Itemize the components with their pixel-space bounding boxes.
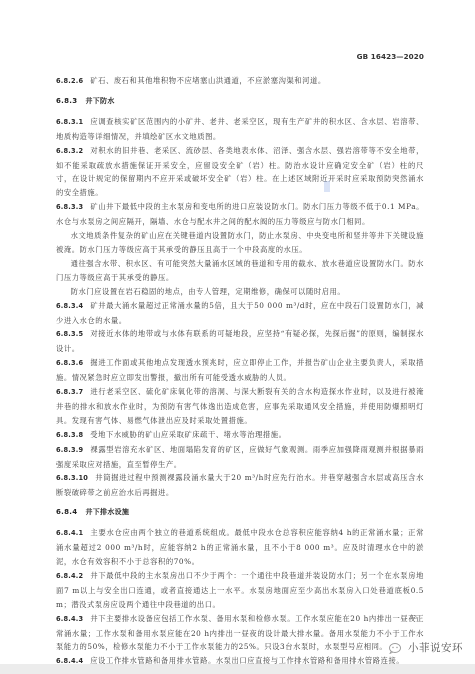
clause-6-8-3-4: 6.8.3.4矿井最大涌水量超过正常涌水量的5倍，且大于50 000 m³/d时… [56, 299, 424, 328]
clause-6-8-3-9: 6.8.3.9裸露型岩溶充水矿区、地面塌陷发育的矿区，应做好气象观测。雨季应加强… [56, 443, 424, 472]
standard-code-header: GB 16423—2020 [357, 52, 424, 61]
clause-6-8-3-6: 6.8.3.6掘进工作面或其他地点发现透水预兆时，应立即停止工作，并报告矿山企业… [56, 356, 424, 385]
clause-6-8-3-1: 6.8.3.1应调查核实矿区范围内的小矿井、老井、老采空区，现有生产矿井的积水区… [56, 115, 424, 144]
clause-6-8-3-5: 6.8.3.5对接近水体的地带或与水体有联系的可疑地段，应坚持“有疑必探，先探后… [56, 327, 424, 356]
clause-6-8-3-8: 6.8.3.8受地下水威胁的矿山应采取矿床疏干、堵水等治理措施。 [56, 428, 424, 443]
text-cursor-highlight [324, 181, 330, 192]
clause-6-8-3-2: 6.8.3.2对积水的旧井巷、老采区、流砂层、各类地表水体、沼泽、强含水层、强岩… [56, 144, 424, 201]
document-page: GB 16423—2020 6.8.2.6矿石、废石和其他堆积物不应堵塞山洪通道… [0, 0, 475, 664]
clause-6-8-3-10: 6.8.3.10井筒掘进过程中预测裸露段涌水量大于20 m³/h时应先行治水。井… [56, 471, 424, 500]
watermark: 小菲说安环 [388, 640, 463, 655]
bottom-bar [0, 664, 475, 674]
clause-6-8-3-3-para-4: 防水门应设置在岩石稳固的地点，由专人管理，定期维修，确保可以随时启用。 [56, 285, 424, 299]
clause-6-8-4-3: 6.8.4.3井下主要排水设备应包括工作水泵、备用水泵和检修水泵。工作水泵应能在… [56, 612, 424, 655]
page-number: 53 [410, 615, 417, 621]
document-body: 6.8.2.6矿石、废石和其他堆积物不应堵塞山洪通道，不应淤塞沟渠和河道。 6.… [56, 74, 424, 669]
clause-6-8-3-3: 6.8.3.3矿山井下最低中段的主水泵房和变电所的进口应装设防水门。防水门压力等… [56, 200, 424, 229]
section-heading-6-8-4: 6.8.4井下排水设施 [56, 506, 424, 520]
watermark-text: 小菲说安环 [408, 640, 463, 655]
clause-6-8-2-6: 6.8.2.6矿石、废石和其他堆积物不应堵塞山洪通道，不应淤塞沟渠和河道。 [56, 74, 424, 89]
clause-6-8-4-2: 6.8.4.2井下最低中段的主水泵房出口不少于两个：一个通往中段巷道并装设防水门… [56, 569, 424, 612]
clause-6-8-3-3-para-2: 水文地质条件复杂的矿山应在关键巷道内设置防水门，防止水泵房、中央变电所和竖井等井… [56, 229, 424, 257]
clause-6-8-3-7: 6.8.3.7进行老采空区、硫化矿床氧化带的溶洞、与深大断裂有关的含水构造探水作… [56, 385, 424, 428]
section-heading-6-8-3: 6.8.3井下防水 [56, 95, 424, 109]
clause-6-8-4-1: 6.8.4.1主要水仓应由两个独立的巷道系统组成。最低中段水仓总容积应能容纳4 … [56, 526, 424, 569]
clause-6-8-3-3-para-3: 通往强含水带、积水区、有可能突然大量涌水区域的巷道和专用的截水、放水巷道应设置防… [56, 257, 424, 285]
wechat-icon [388, 642, 402, 654]
